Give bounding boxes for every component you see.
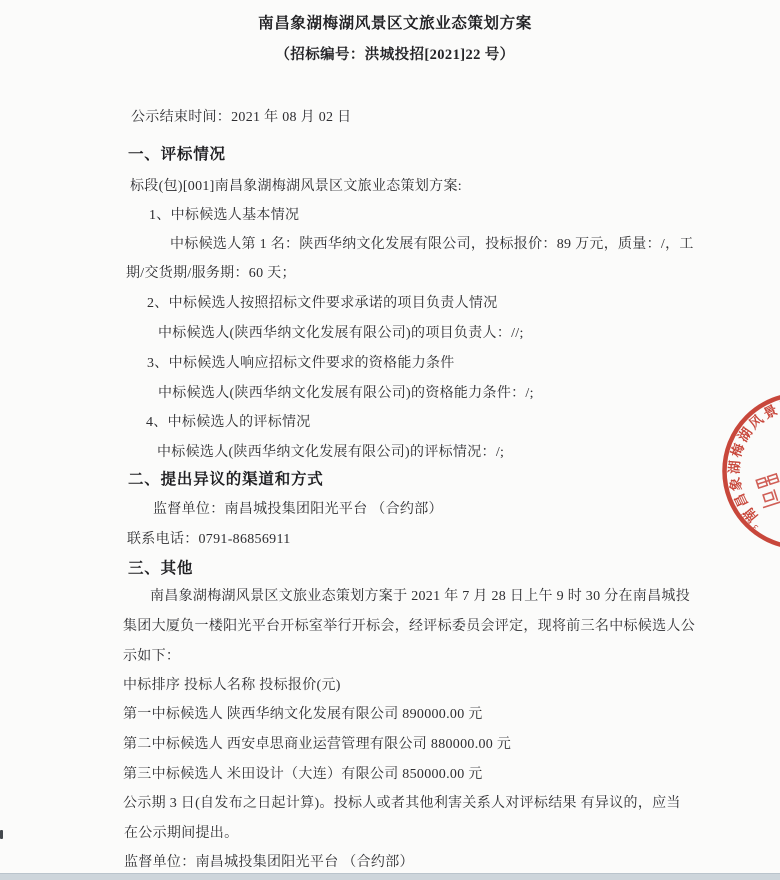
publicity-end-time: 公示结束时间：2021 年 08 月 02 日	[131, 109, 351, 127]
section3-para-line2: 集团大厦负一楼阳光平台开标室举行开标会，经评标委员会评定，现将前三名中标候选人公	[123, 618, 695, 636]
item3-title: 3、中标候选人响应招标文件要求的资格能力条件	[147, 355, 455, 373]
item1-line1: 中标候选人第 1 名：陕西华纳文化发展有限公司，投标报价：89 万元，质量：/，…	[170, 236, 694, 254]
contact-phone: 联系电话：0791-86856911	[127, 531, 291, 549]
section3-supervisor: 监督单位：南昌城投集团阳光平台 （合约部）	[124, 854, 414, 872]
section3-para-line1: 南昌象湖梅湖风景区文旅业态策划方案于 2021 年 7 月 28 日上午 9 时…	[150, 588, 690, 606]
result-table-header: 中标排序 投标人名称 投标报价(元)	[123, 677, 341, 695]
lot-line: 标段(包)[001]南昌象湖梅湖风景区文旅业态策划方案:	[130, 178, 462, 196]
item4-line: 中标候选人(陕西华纳文化发展有限公司)的评标情况：/;	[157, 444, 504, 462]
scan-edge-artifact	[0, 830, 3, 839]
item4-title: 4、中标候选人的评标情况	[146, 414, 311, 432]
item1-title: 1、中标候选人基本情况	[149, 207, 299, 225]
item2-title: 2、中标候选人按照招标文件要求承诺的项目负责人情况	[147, 295, 498, 313]
section2-supervisor: 监督单位：南昌城投集团阳光平台 （合约部）	[153, 501, 443, 519]
section2-heading: 二、提出异议的渠道和方式	[128, 470, 324, 490]
doc-bid-number: （招标编号：洪城投招[2021]22 号）	[0, 46, 780, 65]
result-rank3: 第三中标候选人 米田设计（大连）有限公司 850000.00 元	[123, 766, 483, 784]
section3-para-line3: 示如下：	[123, 648, 180, 666]
item3-line: 中标候选人(陕西华纳文化发展有限公司)的资格能力条件：/;	[158, 385, 534, 403]
item2-line: 中标候选人(陕西华纳文化发展有限公司)的项目负责人：//;	[158, 325, 524, 343]
scanned-document: 南昌象湖梅湖风景区文旅业态策划方案 （招标编号：洪城投招[2021]22 号） …	[0, 0, 780, 880]
section3-heading: 三、其他	[128, 559, 193, 579]
result-rank1: 第一中标候选人 陕西华纳文化发展有限公司 890000.00 元	[123, 706, 483, 724]
doc-title: 南昌象湖梅湖风景区文旅业态策划方案	[0, 14, 780, 34]
result-rank2: 第二中标候选人 西安卓思商业运营管理有限公司 880000.00 元	[123, 736, 511, 754]
notice-line1: 公示期 3 日(自发布之日起计算)。投标人或者其他利害关系人对评标结果 有异议的…	[123, 795, 681, 813]
scan-bottom-edge	[0, 873, 780, 880]
item1-line2: 期/交货期/服务期：60 天；	[126, 265, 296, 283]
official-seal: 南昌象湖梅湖风景区 360	[690, 380, 780, 565]
seal-inner-marks	[754, 473, 780, 507]
section1-heading: 一、评标情况	[128, 145, 226, 165]
notice-line2: 在公示期间提出。	[124, 825, 238, 843]
